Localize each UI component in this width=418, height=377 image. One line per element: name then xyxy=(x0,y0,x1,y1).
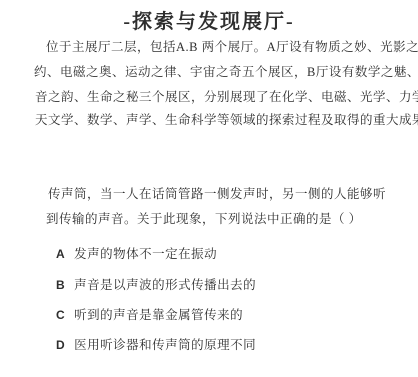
intro-paragraph-line: 天文学、数学、声学、生命科学等领域的探索过程及取得的重大成果。 xyxy=(35,113,418,128)
answer-option-b: B声音是以声波的形式传播出去的 xyxy=(56,278,256,293)
option-letter-c: C xyxy=(56,308,65,323)
option-text-c: 听到的声音是靠金属管传来的 xyxy=(74,308,243,322)
answer-option-c: C听到的声音是靠金属管传来的 xyxy=(56,308,243,323)
option-text-a: 发声的物体不一定在振动 xyxy=(74,247,217,261)
question-text-line: 传声筒，当一人在话筒管路一侧发声时，另一侧的人能够听 xyxy=(48,187,386,202)
answer-option-d: D医用听诊器和传声筒的原理不同 xyxy=(56,338,256,353)
intro-paragraph-line: 位于主展厅二层，包括A.B 两个展厅。A厅设有物质之妙、光影之 xyxy=(46,40,418,55)
option-text-b: 声音是以声波的形式传播出去的 xyxy=(74,278,256,292)
page-title: -探索与发现展厅- xyxy=(0,5,418,34)
option-letter-b: B xyxy=(56,278,65,293)
option-text-d: 医用听诊器和传声筒的原理不同 xyxy=(74,338,256,352)
option-letter-d: D xyxy=(56,338,65,353)
intro-paragraph-line: 音之韵、生命之秘三个展区，分别展现了在化学、电磁、光学、力学、 xyxy=(35,90,418,105)
question-text-line: 到传输的声音。关于此现象，下列说法中正确的是（ ） xyxy=(46,212,362,227)
answer-option-a: A发声的物体不一定在振动 xyxy=(56,247,217,262)
intro-paragraph-line: 约、电磁之奥、运动之律、宇宙之奇五个展区，B厅设有数学之魅、声 xyxy=(34,65,418,80)
option-letter-a: A xyxy=(56,247,65,262)
exam-question-page: -探索与发现展厅- 位于主展厅二层，包括A.B 两个展厅。A厅设有物质之妙、光影… xyxy=(0,0,418,377)
